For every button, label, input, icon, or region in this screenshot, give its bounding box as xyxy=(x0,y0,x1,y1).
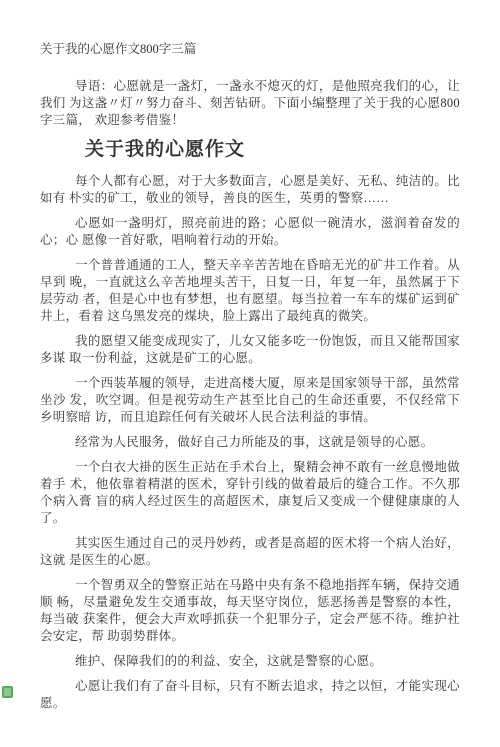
green-logo-icon xyxy=(2,686,13,698)
paragraph: 一个白衣大褂的医生正站在手术台上，聚精会神不敢有一丝息慢地做着手 术，他依靠着精… xyxy=(40,459,460,527)
intro-paragraph: 导语：心愿就是一盏灯，一盏永不熄灭的灯，是他照亮我们的心，让我们 为这盏〃灯〃努… xyxy=(40,78,460,129)
paragraph: 其实医生通过自己的灵丹妙药，或者是高超的医术将一个病人治好，这就 是医生的心愿。 xyxy=(40,535,460,569)
paragraph: 心愿如一盏明灯，照亮前进的路；心愿似一碗清水，滋润着奋发的心；心 愿像一首好歌，… xyxy=(40,215,460,249)
paragraph: 心愿让我们有了奋斗目标，只有不断去追求，持之以恒，才能实现心愿。 xyxy=(40,678,460,712)
document-page: 关于我的心愿作文800字三篇 导语：心愿就是一盏灯，一盏永不熄灭的灯，是他照亮我… xyxy=(0,0,500,747)
paragraph: 经常为人民服务，做好自己力所能及的事，这就是领导的心愿。 xyxy=(40,434,460,451)
paragraph: 每个人都有心愿，对于大多数面言，心愿是美好、无私、纯洁的。比如有 朴实的矿工，敬… xyxy=(40,173,460,207)
paragraph: 一个普普通通的工人，整天辛辛苦苦地在昏暗无光的矿井工作着。从早到 晚，一直就这么… xyxy=(40,257,460,325)
document-title: 关于我的心愿作文800字三篇 xyxy=(40,42,460,57)
paragraph: 我的愿望又能变成现实了，儿女又能多吃一份饱饭，而且又能帮国家多谋 取一份利益，这… xyxy=(40,333,460,367)
essay-heading: 关于我的心愿作文 xyxy=(40,137,460,163)
paragraph: 一个智勇双全的警察正站在马路中央有条不稳地指挥车辆，保持交通顺 畅，尽量避免发生… xyxy=(40,577,460,645)
document-content: 关于我的心愿作文800字三篇 导语：心愿就是一盏灯，一盏永不熄灭的灯，是他照亮我… xyxy=(0,0,500,712)
paragraph: 一个西装革履的领导，走进高楼大厦，原来是国家领导干部，虽然常坐沙 发，吹空调。但… xyxy=(40,375,460,426)
paragraph: 维护、保障我们的的利益、安全，这就是警察的心愿。 xyxy=(40,653,460,670)
